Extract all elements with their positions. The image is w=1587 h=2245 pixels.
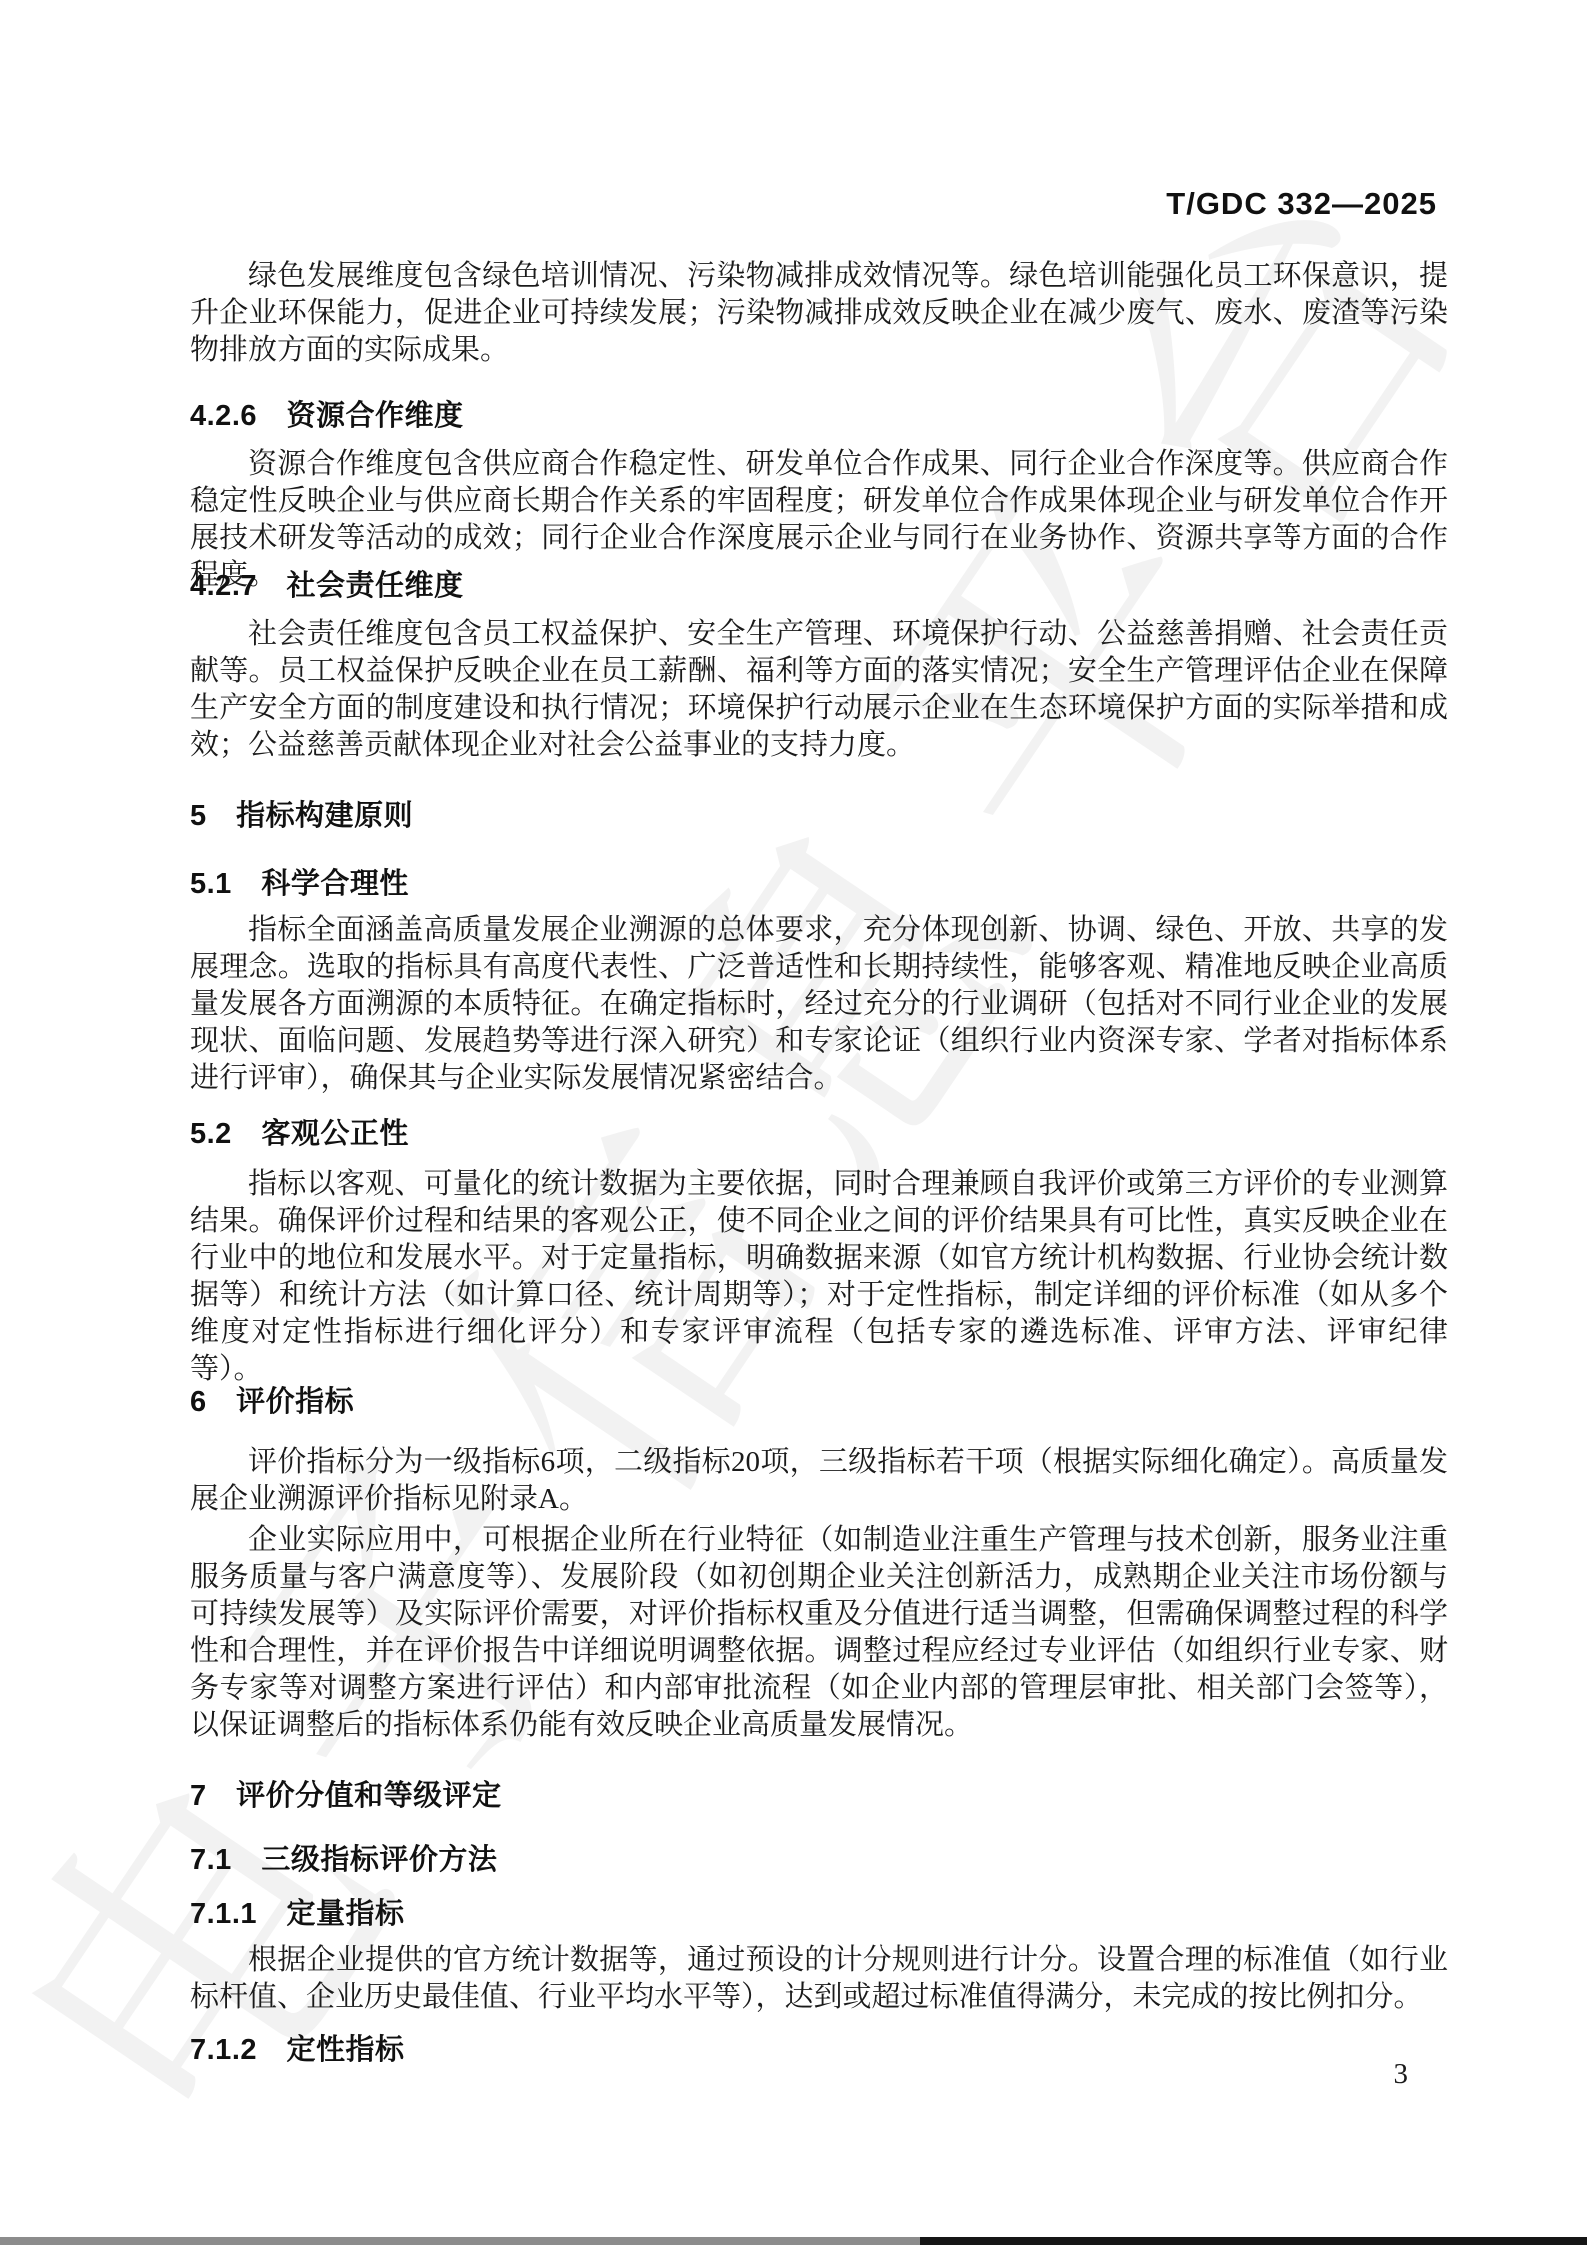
section-heading-7-1: 7.1 三级指标评价方法 [190,1842,1448,1879]
section-heading-5-1: 5.1 科学合理性 [190,866,1448,903]
page-number: 3 [190,2058,1408,2091]
section-heading-4-2-7: 4.2.7 社会责任维度 [190,568,1448,605]
scan-bottom-edge [0,2237,1587,2245]
chapter-heading-5: 5 指标构建原则 [190,798,1448,835]
chapter-heading-6: 6 评价指标 [190,1384,1448,1421]
paragraph-evaluation-indicators-1: 评价指标分为一级指标6项，二级指标20项，三级指标若干项（根据实际细化确定）。高… [190,1444,1448,1518]
paragraph-scientific-rationality: 指标全面涵盖高质量发展企业溯源的总体要求，充分体现创新、协调、绿色、开放、共享的… [190,912,1448,1097]
paragraph-quantitative-indicators: 根据企业提供的官方统计数据等，通过预设的计分规则进行计分。设置合理的标准值（如行… [190,1942,1448,2016]
paragraph-social-dimension: 社会责任维度包含员工权益保护、安全生产管理、环境保护行动、公益慈善捐赠、社会责任… [190,616,1448,764]
section-heading-5-2: 5.2 客观公正性 [190,1116,1448,1153]
section-heading-4-2-6: 4.2.6 资源合作维度 [190,398,1448,435]
paragraph-objective-fairness: 指标以客观、可量化的统计数据为主要依据，同时合理兼顾自我评价或第三方评价的专业测… [190,1166,1448,1388]
chapter-heading-7: 7 评价分值和等级评定 [190,1778,1448,1815]
paragraph-green-dimension: 绿色发展维度包含绿色培训情况、污染物减排成效情况等。绿色培训能强化员工环保意识，… [190,258,1448,369]
scan-edge-dark-segment [920,2237,1587,2245]
document-page: 电子信息平台 T/GDC 332—2025 绿色发展维度包含绿色培训情况、污染物… [0,0,1587,2245]
scan-edge-gray-segment [0,2237,920,2245]
section-heading-7-1-1: 7.1.1 定量指标 [190,1896,1448,1933]
paragraph-evaluation-indicators-2: 企业实际应用中，可根据企业所在行业特征（如制造业注重生产管理与技术创新，服务业注… [190,1522,1448,1744]
doc-code-header: T/GDC 332—2025 [190,186,1437,222]
